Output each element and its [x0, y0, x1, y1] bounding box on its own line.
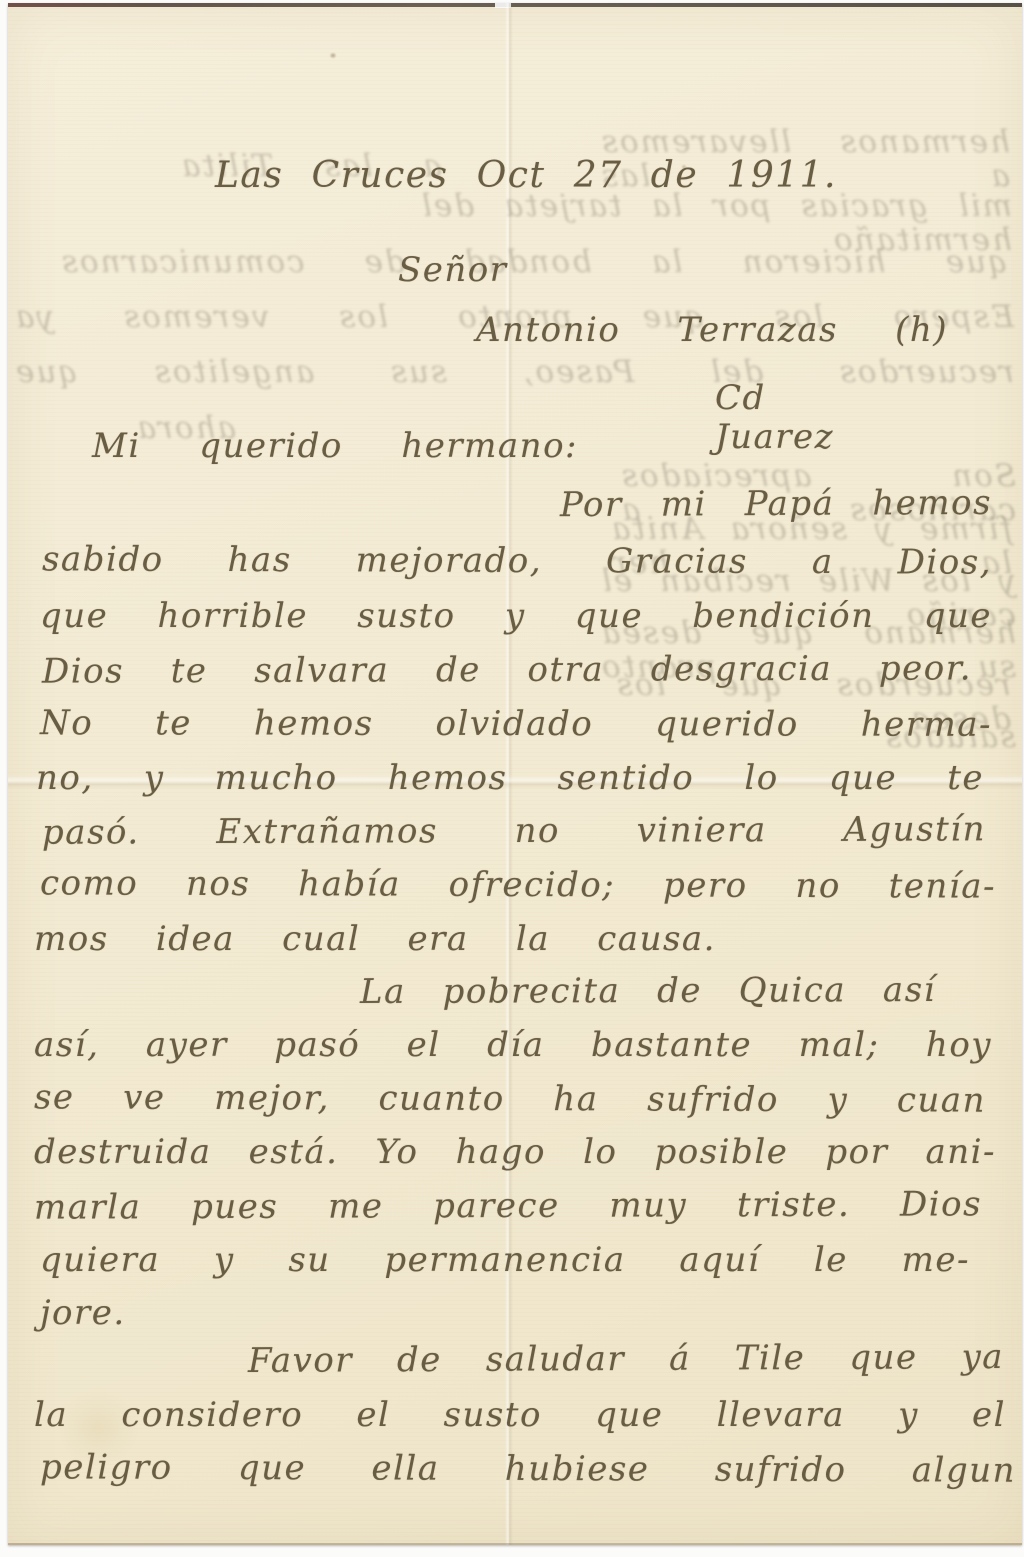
bleedthrough-line: que hicieron la bondad de comunicarnos — [60, 245, 1008, 279]
letter-line: pasó. Extrañamos no viniera Agustín — [42, 810, 986, 852]
addressee-city: Cd Juarez — [715, 379, 897, 457]
letter-line: quiera y su permanencia aquí le me- — [40, 1241, 970, 1280]
dateline: Las Cruces Oct 27 de 1911. — [215, 155, 837, 196]
letter-line: peligro que ella hubiese sufrido algun — [40, 1448, 1016, 1491]
letter-line: jore. — [40, 1294, 126, 1333]
addressee-name: Antonio Terrazas (h) — [476, 311, 948, 350]
letter-line: la considero el susto que llevara y el — [34, 1396, 1006, 1435]
letter-line: Favor de saludar á Tile que ya — [248, 1338, 1004, 1381]
ink-speck — [328, 51, 338, 60]
letter-line: destruida está. Yo hago lo posible por a… — [34, 1133, 996, 1172]
letter-line: marla pues me parece muy triste. Dios — [34, 1185, 982, 1227]
letter-line: sabido has mejorado, Gracias a Dios, — [42, 540, 992, 582]
letter-line: Dios te salvara de otra desgracia peor. — [42, 649, 972, 691]
paper-bottom-edge — [8, 1543, 1022, 1545]
addressee-salutation: Señor — [398, 251, 508, 290]
letter-line: así, ayer pasó el día bastante mal; hoy — [34, 1026, 992, 1065]
letter-line: como nos había ofrecido; pero no tenía- — [40, 864, 996, 906]
paper-top-edge — [8, 3, 1022, 7]
letter-line: que horrible susto y que bendición que — [40, 597, 992, 636]
letter-line: se ve mejor, cuanto ha sufrido y cuan — [34, 1078, 986, 1120]
letter-line: Por mi Papá hemos — [560, 484, 992, 525]
letter-greeting: Mi querido hermano: — [92, 427, 578, 466]
letter-paper: hermanos llevaremos a lasa las Tilitamil… — [8, 3, 1022, 1545]
scanned-letter-page: { "document": { "kind": "handwritten let… — [0, 0, 1024, 1557]
letter-line: La pobrecita de Quica así — [360, 971, 936, 1012]
letter-line: mos idea cual era la causa. — [34, 920, 716, 959]
letter-line: no, y mucho hemos sentido lo que te — [36, 759, 984, 798]
letter-line: No te hemos olvidado querido herma- — [40, 704, 992, 745]
